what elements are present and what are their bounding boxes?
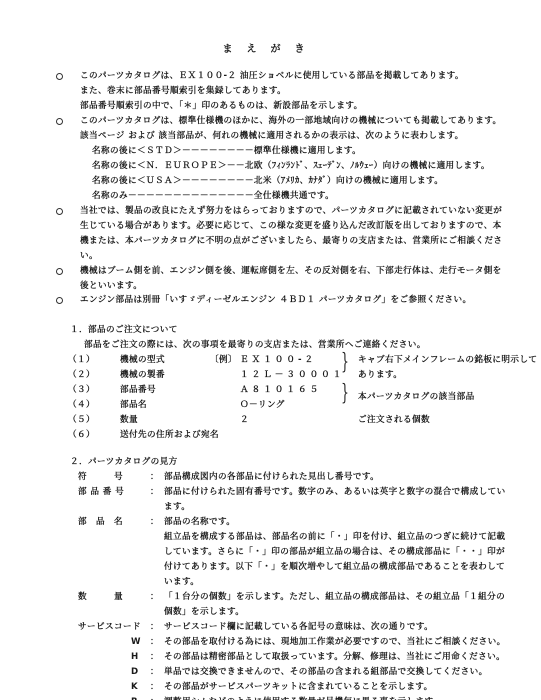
term-desc: 付けてあります。以下「・」を順次増やして組立品の構成部品であることを表わして xyxy=(164,562,505,572)
preface-text: また、巻末に部品番号順索引を集録してあります。 xyxy=(80,86,286,96)
spec-line: 名称の後に＜ＳＴＤ＞－－－－－－－－標準仕様機に適用します。 xyxy=(92,146,361,156)
bullet-circle-icon xyxy=(56,208,63,215)
preface-text: エンジン部品は別冊「いすゞディーゼルエンジン ４ＢＤ１ パーツカタログ」をご参照… xyxy=(80,295,471,305)
term-desc: サービスコード欄に記載している各記号の意味は、次の通りです。 xyxy=(164,622,433,632)
term-sep: ： xyxy=(150,682,159,692)
preface-text: 後といいます。 xyxy=(80,281,142,291)
item-label: 部品番号 xyxy=(120,385,156,395)
item-label: 機械の製番 xyxy=(120,370,165,380)
note-nameplate: あります。 xyxy=(358,370,402,380)
term-label: 符 号 xyxy=(78,472,123,482)
section-heading-ordering: １．部品のご注文について xyxy=(70,325,178,335)
term-desc: 「１台分の個数」を示します。ただし、組立品の構成部品は、その組立品「１組分の xyxy=(164,592,505,602)
term-sep: ： xyxy=(150,592,159,602)
item-label: 部品名 xyxy=(120,400,147,410)
item-num: （５） xyxy=(68,415,95,425)
item-label: 送付先の住所および宛名 xyxy=(120,430,219,440)
preface-text: このパーツカタログは、ＥＸ１００-２ 油圧ショベルに使用している部品を掲載してあ… xyxy=(80,71,464,81)
term-desc: しています。さらに「・」印の部品が組立品の場合は、その構成部品に「・・」印が xyxy=(164,547,505,557)
brace-icon: } xyxy=(341,352,349,374)
item-num: （４） xyxy=(68,400,95,410)
term-desc: 個数」を示します。 xyxy=(164,607,244,617)
term-label: サービスコード xyxy=(78,622,141,632)
preface-text: い。 xyxy=(80,251,98,261)
term-sep: ： xyxy=(150,472,159,482)
service-code-desc: 単品では交換できませんので、その部品の含まれる組部品で交換してください。 xyxy=(164,667,488,677)
term-label: 部 品 番 号 xyxy=(78,487,124,497)
spec-line: 名称の後に＜Ｎ．ＥＵＲＯＰＥ＞－－北欧（ﾌｨﾝﾗﾝﾄﾞ、ｽｪｰﾃﾞﾝ、ﾉﾙｳｪｰ… xyxy=(92,161,490,171)
note-quantity: ご注文される個数 xyxy=(358,415,430,425)
note-nameplate: キャブ右下メインフレームの銘板に明示して xyxy=(358,355,537,365)
term-sep: ： xyxy=(150,667,159,677)
preface-text: このパーツカタログは、標準仕様機のほかに、海外の一部地域向けの機械についても掲載… xyxy=(80,116,502,126)
spec-line: 名称の後に＜ＵＳＡ＞－－－－－－－－北米（ｱﾒﾘｶ、ｶﾅﾀﾞ）向けの機械に適用し… xyxy=(92,176,443,186)
service-code: H xyxy=(131,652,139,662)
bullet-circle-icon xyxy=(56,268,63,275)
bullet-circle-icon xyxy=(56,297,63,304)
item-label: 機械の型式 xyxy=(120,355,165,365)
spec-line: 名称のみ－－－－－－－－－－－－－－全仕様機共通です。 xyxy=(92,191,334,201)
brace-icon: } xyxy=(341,383,349,405)
example-label: 〔例〕 xyxy=(210,355,237,365)
service-code-desc: その部品がサービスパーツキットに含まれていることを示します。 xyxy=(164,682,433,692)
note-catalog-part: 本パーツカタログの該当部品 xyxy=(358,392,475,402)
item-value: Ａ８１０１６５ xyxy=(240,385,321,395)
item-num: （２） xyxy=(68,370,95,380)
term-desc: 組立品を構成する部品は、部品名の前に「・」印を付け、組立品のつぎに続けて記載 xyxy=(164,532,505,542)
service-code: D xyxy=(131,667,139,677)
section-heading-howto: ２．パーツカタログの見方 xyxy=(70,457,178,467)
item-value: Ｏ－リング xyxy=(240,400,285,410)
bullet-circle-icon xyxy=(56,118,63,125)
preface-text: 部品番号順索引の中で、「＊」印のあるものは、新設部品を示します。 xyxy=(80,101,363,111)
bullet-circle-icon xyxy=(56,73,63,80)
item-value: ２ xyxy=(240,415,249,425)
service-code-desc: その部品を取付ける為には、現地加工作業が必要ですので、当社にご相談ください。 xyxy=(164,637,506,647)
section-intro: 部品をご注文の際には、次の事項を最寄りの支店または、営業所へご連絡ください。 xyxy=(84,340,426,350)
service-code: W xyxy=(131,637,141,647)
term-label: 数 量 xyxy=(78,592,123,602)
preface-text: 生じている場合があります。必要に応じて、この様な変更を盛り込んだ改訂版を出してお… xyxy=(80,221,502,231)
term-desc: 部品の名称です。 xyxy=(164,517,235,527)
item-value: ＥＸ１００-２ xyxy=(240,355,316,365)
term-desc: 部品構成図内の各部品に付けられた見出し番号です。 xyxy=(164,472,379,482)
term-sep: ： xyxy=(150,517,159,527)
item-num: （６） xyxy=(68,430,95,440)
term-desc: います。 xyxy=(164,577,199,587)
preface-text: 機または、本パーツカタログに不明の点がございましたら、最寄りの支店または、営業所… xyxy=(80,236,502,246)
preface-text: 該当ページ および 該当部品が、何れの機械に適用されるかの表示は、次のように表わ… xyxy=(80,131,464,141)
service-code-desc: その部品は精密部品として取扱っています。分解、修理は、当社にご用命ください。 xyxy=(164,652,505,662)
item-num: （３） xyxy=(68,385,95,395)
preface-text: 機械はブーム側を前、エンジン側を後、運転席側を左、その反対側を右、下部走行体は、… xyxy=(80,266,502,276)
term-desc: ます。 xyxy=(164,502,190,512)
item-value: １２Ｌ－３０００１ xyxy=(240,370,344,380)
service-code: K xyxy=(131,682,138,692)
term-label: 部 品 名 xyxy=(78,517,123,527)
item-label: 数量 xyxy=(120,415,138,425)
term-sep: ： xyxy=(150,637,159,647)
term-desc: 部品に付けられた固有番号です。数字のみ、あるいは英字と数字の混合で構成してい xyxy=(164,487,506,497)
preface-text: 当社では、製品の改良にたえず努力をはらっておりますので、パーツカタログに記載され… xyxy=(80,206,502,216)
term-sep: ： xyxy=(150,652,159,662)
item-num: （１） xyxy=(68,355,95,365)
term-sep: ： xyxy=(150,622,159,632)
page-title: まえがき xyxy=(0,40,541,55)
term-sep: ： xyxy=(150,487,159,497)
